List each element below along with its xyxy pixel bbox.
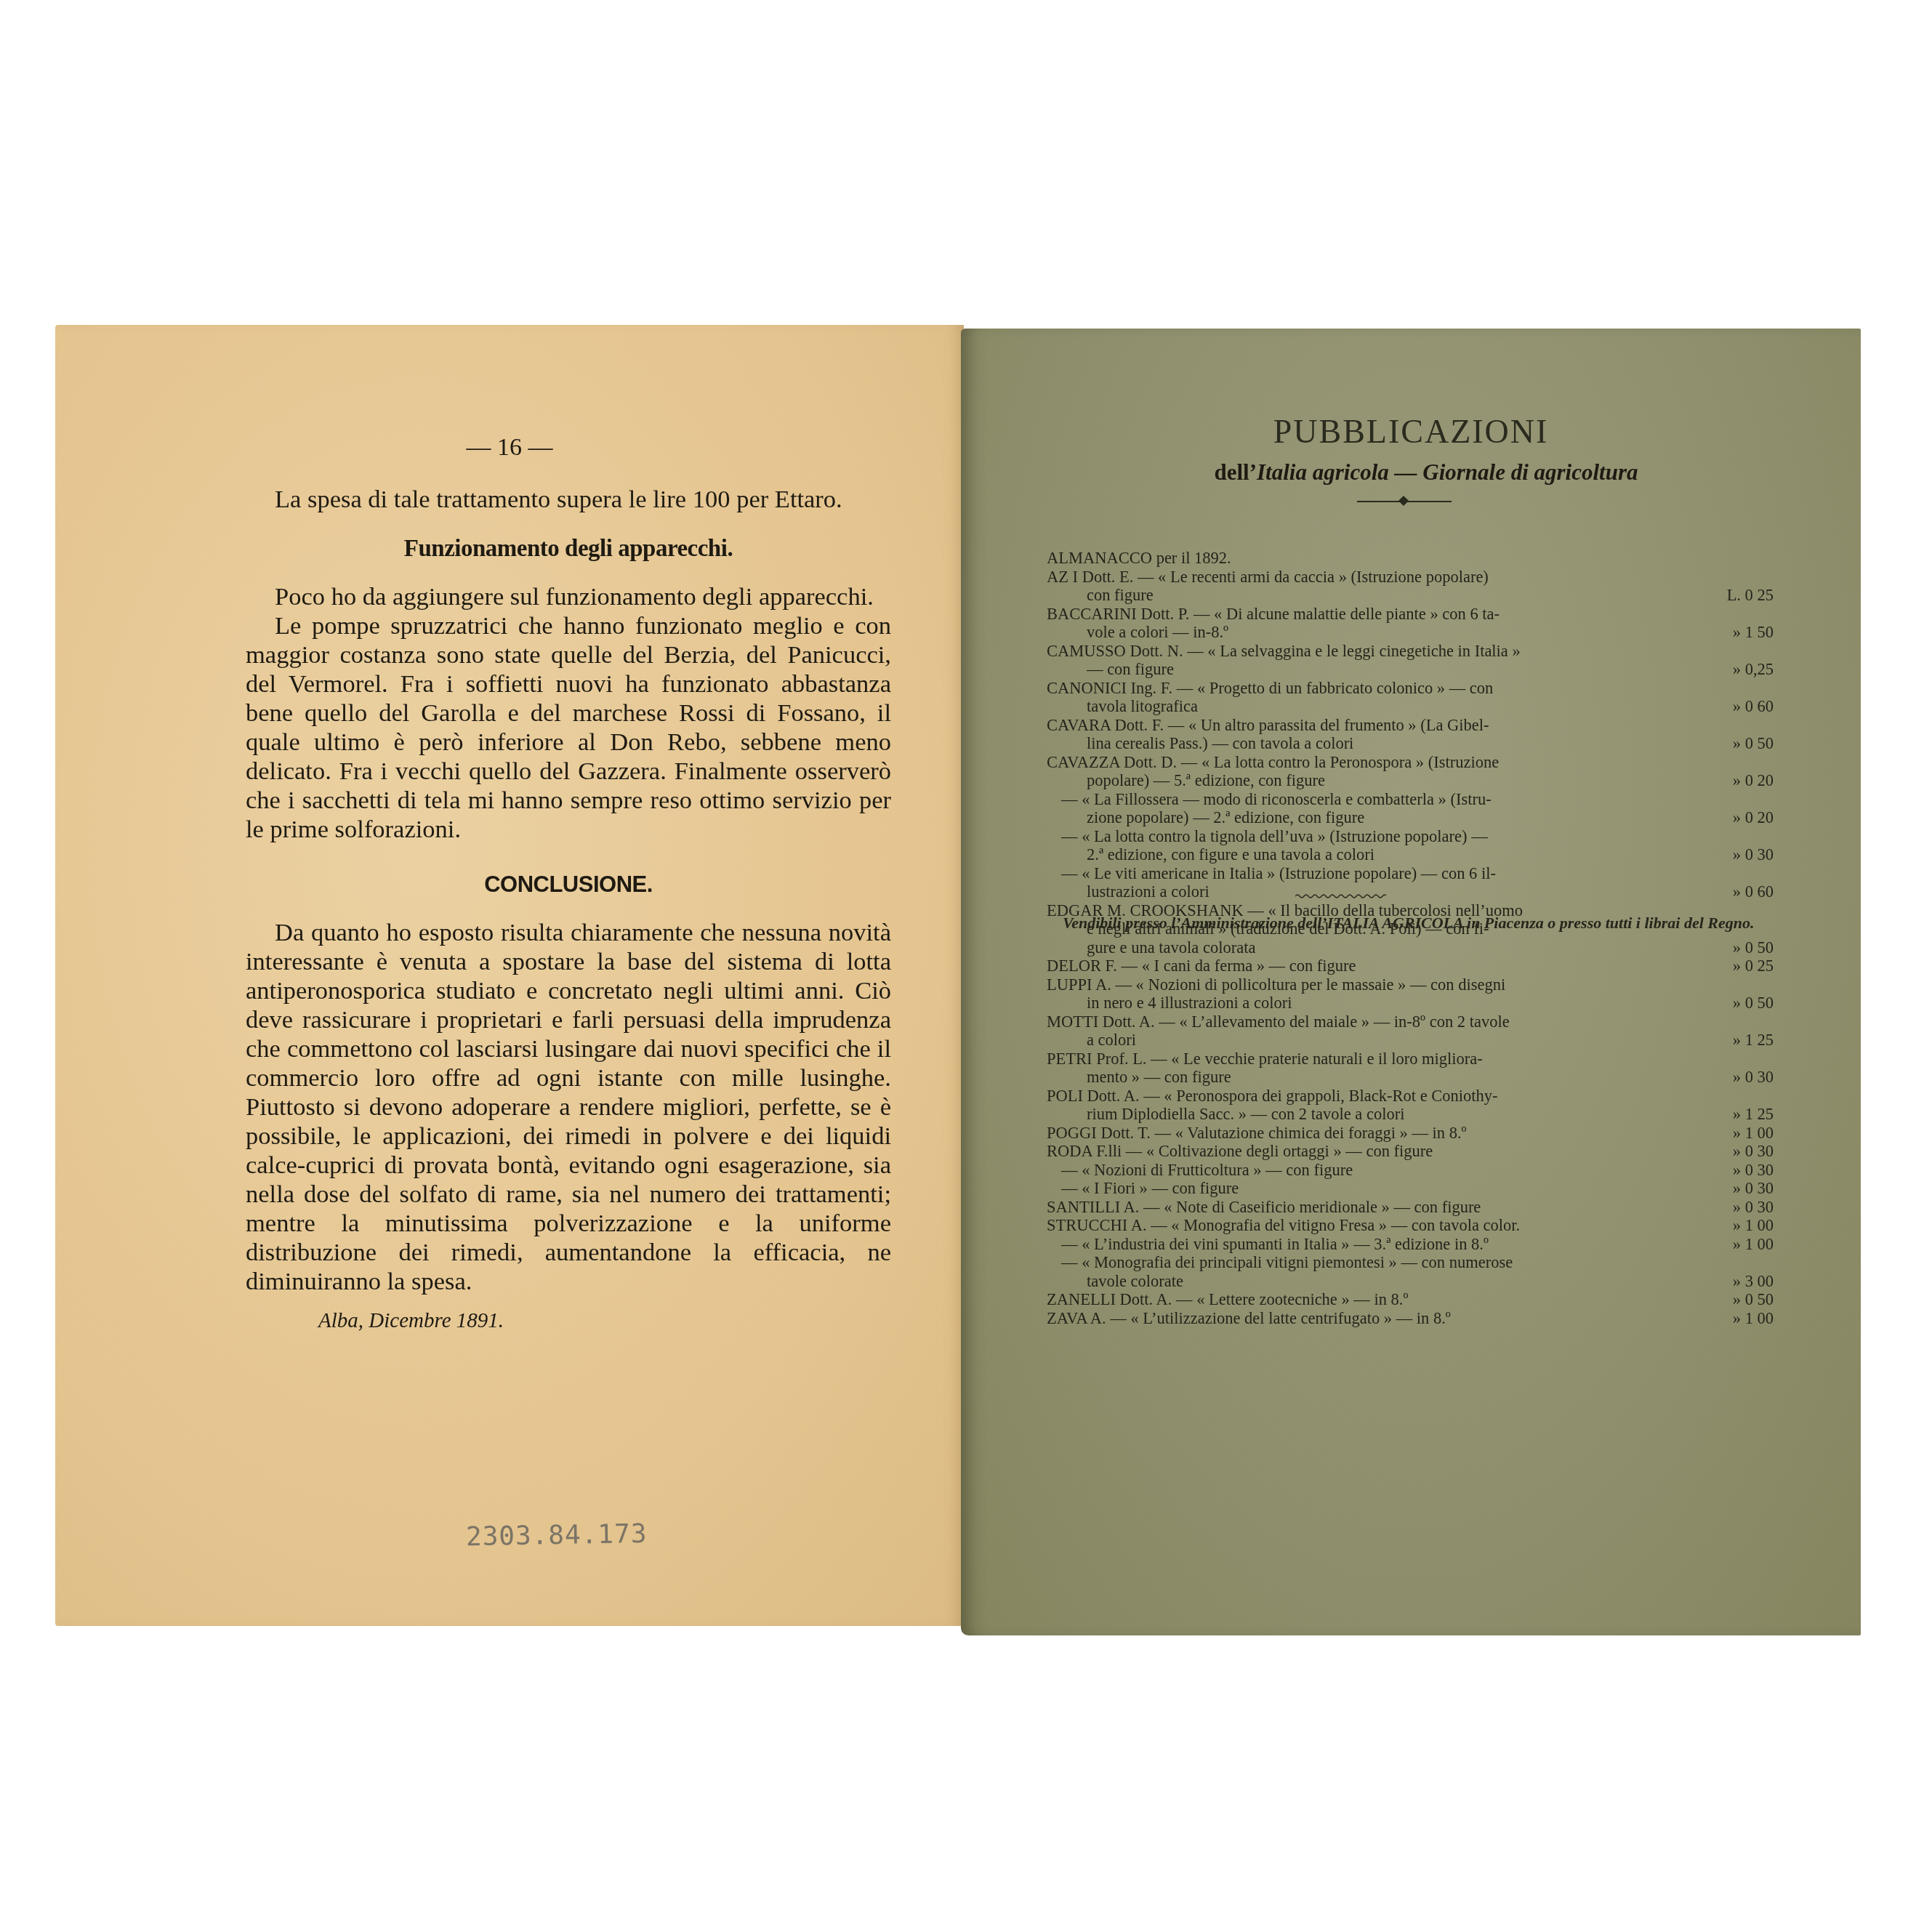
wavy-rule-ornament (1295, 893, 1386, 900)
entry-title: CANONICI Ing. F. — « Progetto di un fabb… (1047, 679, 1694, 698)
left-page-body: La spesa di tale trattamento supera le l… (246, 485, 891, 1335)
publication-entry: — « Monografia dei principali vitigni pi… (1047, 1253, 1774, 1290)
entry-title: POGGI Dott. T. — « Valutazione chimica d… (1047, 1124, 1694, 1143)
entry-title: CAMUSSO Dott. N. — « La selvaggina e le … (1047, 642, 1694, 661)
entry-price: » 0 30 (1697, 1161, 1774, 1180)
publication-entry: — « La Fillossera — modo di riconoscerla… (1047, 790, 1774, 827)
entry-price: » 1 25 (1697, 1105, 1774, 1124)
entry-price: » 0 50 (1697, 734, 1774, 753)
publication-entry: STRUCCHI A. — « Monografia del vitigno F… (1047, 1216, 1774, 1235)
entry-price: » 0 60 (1697, 697, 1774, 716)
entry-title: DELOR F. — « I cani da ferma » — con fig… (1047, 957, 1694, 975)
entry-price: » 0 30 (1697, 1068, 1774, 1087)
entry-title: — « La lotta contro la tignola dell’uva … (1047, 827, 1694, 846)
entry-continuation: vole a colori — in-8.º (1047, 623, 1694, 642)
publications-list: ALMANACCO per il 1892.AZ I Dott. E. — « … (1047, 549, 1774, 1327)
entry-price: » 1 00 (1697, 1309, 1774, 1328)
publication-entry: — « La lotta contro la tignola dell’uva … (1047, 827, 1774, 864)
diamond-rule-ornament (1357, 501, 1452, 502)
entry-price: » 0,25 (1697, 660, 1774, 679)
entry-continuation: gure e una tavola colorata (1047, 938, 1694, 957)
entry-title: — « Nozioni di Frutticoltura » — con fig… (1047, 1161, 1694, 1180)
publication-entry: DELOR F. — « I cani da ferma » — con fig… (1047, 957, 1774, 975)
entry-price: » 0 30 (1697, 1179, 1774, 1198)
entry-price: » 0 30 (1697, 1198, 1774, 1217)
entry-title: RODA F.lli — « Coltivazione degli ortagg… (1047, 1142, 1694, 1161)
section-heading-funzionamento: Funzionamento degli apparecchi. (246, 534, 891, 563)
left-page: — 16 — La spesa di tale trattamento supe… (55, 325, 964, 1626)
entry-title: — « I Fiori » — con figure (1047, 1179, 1694, 1198)
entry-title: PETRI Prof. L. — « Le vecchie praterie n… (1047, 1050, 1694, 1068)
publication-entry: SANTILLI A. — « Note di Caseificio merid… (1047, 1198, 1774, 1217)
entry-continuation: — con figure (1047, 660, 1694, 679)
paragraph: Poco ho da aggiungere sul funzionamento … (246, 582, 891, 611)
entry-price: » 1 00 (1697, 1235, 1774, 1254)
entry-title: — « Le viti americane in Italia » (Istru… (1047, 864, 1694, 883)
entry-continuation: a colori (1047, 1031, 1694, 1050)
publication-entry: CAVAZZA Dott. D. — « La lotta contro la … (1047, 753, 1774, 790)
entry-title: — « Monografia dei principali vitigni pi… (1047, 1253, 1694, 1272)
entry-continuation: con figure (1047, 586, 1694, 605)
entry-price: » 0 60 (1697, 882, 1774, 901)
entry-price: » 0 20 (1697, 808, 1774, 827)
sales-note: Vendibili presso l’Amministrazione dell’… (1041, 914, 1775, 932)
entry-price: » 1 00 (1697, 1216, 1774, 1235)
publication-entry: CANONICI Ing. F. — « Progetto di un fabb… (1047, 679, 1774, 716)
publication-entry: AZ I Dott. E. — « Le recenti armi da cac… (1047, 568, 1774, 605)
right-page: PUBBLICAZIONI dell’Italia agricola — Gio… (961, 329, 1861, 1635)
entry-title: — « L’industria dei vini spumanti in Ita… (1047, 1235, 1694, 1254)
entry-price: L. 0 25 (1697, 586, 1774, 605)
section-heading-conclusione: CONCLUSIONE. (246, 870, 891, 899)
paragraph: Le pompe spruzzatrici che hanno funziona… (246, 611, 891, 844)
entry-continuation: mento » — con figure (1047, 1068, 1694, 1087)
intro-paragraph: La spesa di tale trattamento supera le l… (246, 485, 891, 514)
entry-continuation: lina cerealis Pass.) — con tavola a colo… (1047, 734, 1694, 753)
publication-entry: — « L’industria dei vini spumanti in Ita… (1047, 1235, 1774, 1254)
publication-entry: CAMUSSO Dott. N. — « La selvaggina e le … (1047, 642, 1774, 679)
entry-title: CAVAZZA Dott. D. — « La lotta contro la … (1047, 753, 1694, 772)
subtitle-prefix: dell’ (1214, 459, 1257, 485)
publication-entry: RODA F.lli — « Coltivazione degli ortagg… (1047, 1142, 1774, 1161)
entry-price: » 0 30 (1697, 1142, 1774, 1161)
entry-title: LUPPI A. — « Nozioni di pollicoltura per… (1047, 975, 1694, 994)
entry-continuation: in nero e 4 illustrazioni a colori (1047, 994, 1694, 1013)
entry-continuation: 2.ª edizione, con figure e una tavola a … (1047, 845, 1694, 864)
entry-title: CAVARA Dott. F. — « Un altro parassita d… (1047, 716, 1694, 735)
entry-title: — « La Fillossera — modo di riconoscerla… (1047, 790, 1694, 809)
entry-price: » 1 50 (1697, 623, 1774, 642)
publication-entry: — « Nozioni di Frutticoltura » — con fig… (1047, 1161, 1774, 1180)
publication-entry: POGGI Dott. T. — « Valutazione chimica d… (1047, 1124, 1774, 1143)
entry-continuation: tavole colorate (1047, 1272, 1694, 1291)
entry-title: POLI Dott. A. — « Peronospora dei grappo… (1047, 1087, 1694, 1106)
publications-title: PUBBLICAZIONI (961, 412, 1861, 451)
entry-title: AZ I Dott. E. — « Le recenti armi da cac… (1047, 568, 1694, 587)
entry-price: » 1 00 (1697, 1124, 1774, 1143)
entry-title: SANTILLI A. — « Note di Caseificio merid… (1047, 1198, 1694, 1217)
entry-price: » 3 00 (1697, 1272, 1774, 1291)
publication-entry: ZANELLI Dott. A. — « Lettere zootecniche… (1047, 1290, 1774, 1309)
entry-title: ALMANACCO per il 1892. (1047, 549, 1694, 568)
entry-continuation: rium Diplodiella Sacc. » — con 2 tavole … (1047, 1105, 1694, 1124)
entry-price: » 0 30 (1697, 845, 1774, 864)
subtitle-journal: Italia agricola — Giornale di agricoltur… (1257, 459, 1638, 485)
page-number: — 16 — (55, 434, 964, 462)
entry-price: » 0 50 (1697, 1290, 1774, 1309)
publication-entry: CAVARA Dott. F. — « Un altro parassita d… (1047, 716, 1774, 753)
handwritten-shelfmark: 2303.84.173 (466, 1519, 648, 1552)
publication-entry: MOTTI Dott. A. — « L’allevamento del mai… (1047, 1013, 1774, 1050)
publication-entry: ZAVA A. — « L’utilizzazione del latte ce… (1047, 1309, 1774, 1328)
entry-price: » 1 25 (1697, 1031, 1774, 1050)
entry-price: » 0 50 (1697, 994, 1774, 1013)
entry-continuation: popolare) — 5.ª edizione, con figure (1047, 771, 1694, 790)
publication-entry: BACCARINI Dott. P. — « Di alcune malatti… (1047, 605, 1774, 642)
entry-title: BACCARINI Dott. P. — « Di alcune malatti… (1047, 605, 1694, 624)
entry-title: ZAVA A. — « L’utilizzazione del latte ce… (1047, 1309, 1694, 1328)
entry-continuation: zione popolare) — 2.ª edizione, con figu… (1047, 808, 1694, 827)
entry-continuation: tavola litografica (1047, 697, 1694, 716)
publication-entry: ALMANACCO per il 1892. (1047, 549, 1774, 568)
publication-entry: — « Le viti americane in Italia » (Istru… (1047, 864, 1774, 901)
paragraph: Da quanto ho esposto risulta chiaramente… (246, 918, 891, 1296)
publication-entry: LUPPI A. — « Nozioni di pollicoltura per… (1047, 975, 1774, 1013)
signoff-place-date: Alba, Dicembre 1891. (318, 1306, 891, 1335)
entry-price: » 0 25 (1697, 957, 1774, 975)
publication-entry: POLI Dott. A. — « Peronospora dei grappo… (1047, 1087, 1774, 1124)
entry-price: » 0 20 (1697, 771, 1774, 790)
entry-title: MOTTI Dott. A. — « L’allevamento del mai… (1047, 1013, 1694, 1031)
entry-title: STRUCCHI A. — « Monografia del vitigno F… (1047, 1216, 1694, 1235)
publication-entry: — « I Fiori » — con figure» 0 30 (1047, 1179, 1774, 1198)
publications-subtitle: dell’Italia agricola — Giornale di agric… (1005, 459, 1848, 486)
entry-title: ZANELLI Dott. A. — « Lettere zootecniche… (1047, 1290, 1694, 1309)
publication-entry: PETRI Prof. L. — « Le vecchie praterie n… (1047, 1050, 1774, 1087)
entry-price: » 0 50 (1697, 938, 1774, 957)
